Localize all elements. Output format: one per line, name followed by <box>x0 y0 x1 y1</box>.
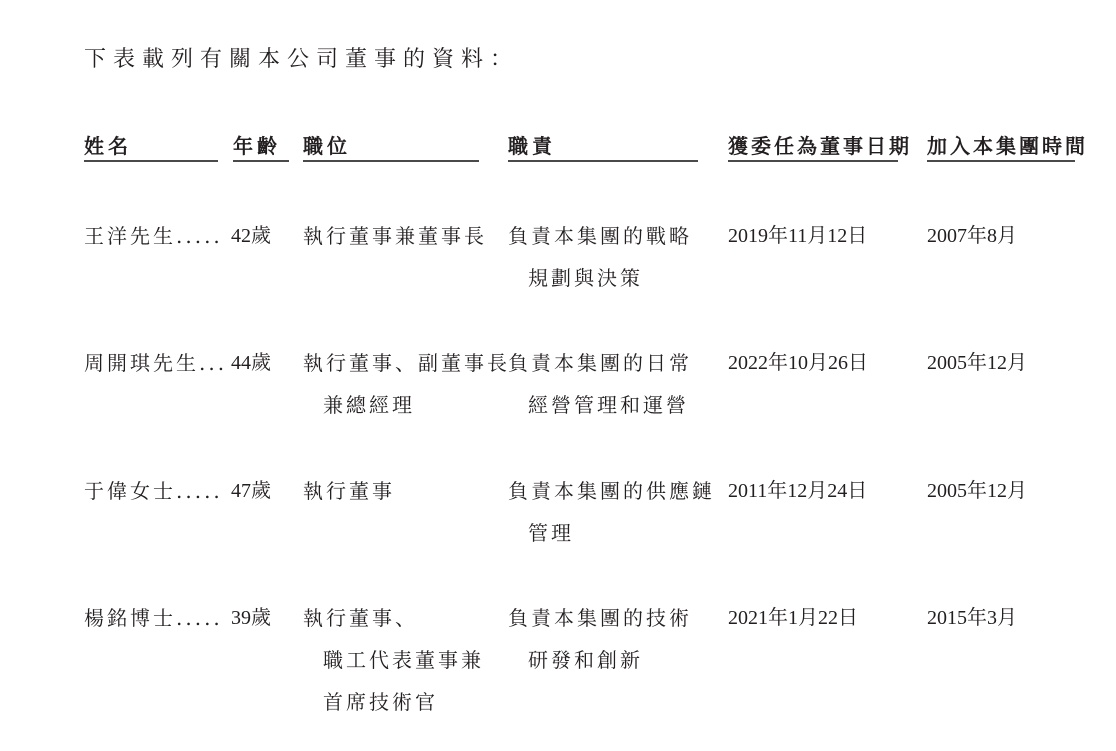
row-age: 44歲 <box>231 342 271 384</box>
row-name: 楊銘博士..... <box>84 597 223 639</box>
row-position: 執行董事 <box>303 470 395 512</box>
row-age: 47歲 <box>231 470 271 512</box>
header-age: 年齡 <box>233 130 289 162</box>
row-joined: 2015年3月 <box>927 597 1017 639</box>
row-name: 周開琪先生... <box>84 342 227 384</box>
row-joined: 2005年12月 <box>927 342 1027 384</box>
row-joined: 2005年12月 <box>927 470 1027 512</box>
row-duties: 負責本集團的日常經營管理和運營 <box>508 342 692 426</box>
row-position: 執行董事、副董事長兼總經理 <box>303 342 510 426</box>
header-name: 姓名 <box>84 130 218 162</box>
header-duties: 職責 <box>508 130 698 162</box>
row-duties: 負責本集團的戰略規劃與決策 <box>508 215 692 299</box>
row-age: 39歲 <box>231 597 271 639</box>
header-joined-date: 加入本集團時間 <box>927 130 1075 162</box>
row-name: 王洋先生..... <box>84 215 223 257</box>
row-appointed: 2021年1月22日 <box>728 597 858 639</box>
row-appointed: 2019年11月12日 <box>728 215 867 257</box>
row-position: 執行董事兼董事長 <box>303 215 487 257</box>
row-appointed: 2022年10月26日 <box>728 342 868 384</box>
row-appointed: 2011年12月24日 <box>728 470 867 512</box>
row-position: 執行董事、職工代表董事兼首席技術官 <box>303 597 484 723</box>
intro-text: 下表載列有關本公司董事的資料： <box>84 42 519 73</box>
row-duties: 負責本集團的技術研發和創新 <box>508 597 692 681</box>
row-duties: 負責本集團的供應鏈管理 <box>508 470 715 554</box>
row-joined: 2007年8月 <box>927 215 1017 257</box>
header-position: 職位 <box>303 130 479 162</box>
header-appointed-date: 獲委任為董事日期 <box>728 130 898 162</box>
row-age: 42歲 <box>231 215 271 257</box>
row-name: 于偉女士..... <box>84 470 223 512</box>
